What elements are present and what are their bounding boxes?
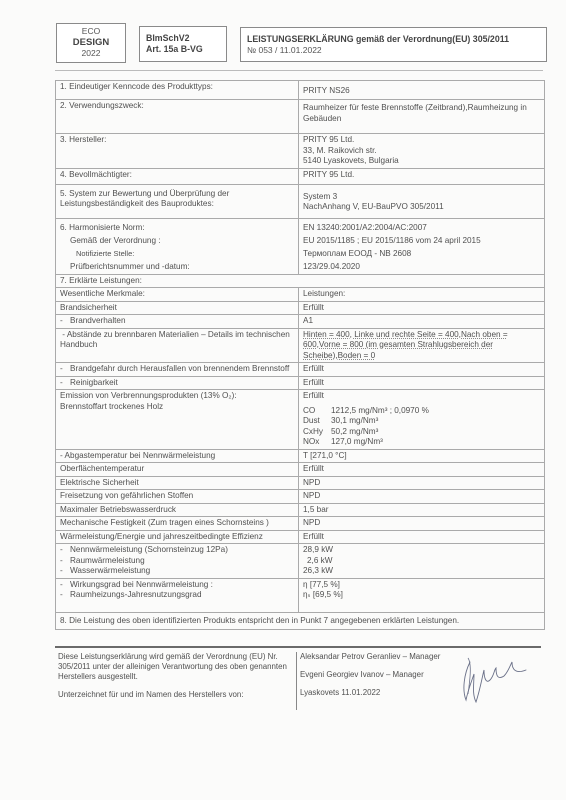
room-output-value: 2,6 kW bbox=[303, 556, 539, 567]
column-header: Leistungen: bbox=[299, 288, 545, 302]
emission-value: 1212,5 mg/Nm³ ; 0,0970 % bbox=[331, 406, 539, 417]
item-label: Brandgefahr durch Herausfallen von brenn… bbox=[70, 364, 289, 375]
water-output-label: Wasserwärmeleistung bbox=[70, 566, 150, 575]
label-cell: 2. Verwendungszweck: bbox=[56, 100, 299, 134]
label-cell: Oberflächentemperatur bbox=[56, 463, 299, 477]
signer-2: Evgeni Georgiev Ivanov – Manager bbox=[300, 670, 450, 688]
declaration-table: 1. Eindeutiger Kenncode des Produkttyps:… bbox=[55, 80, 545, 630]
blm-line1: BImSchV2 bbox=[146, 33, 226, 44]
signature-icon bbox=[450, 650, 540, 720]
efficiency-value: η [77,5 %] bbox=[303, 580, 539, 591]
table-row: 6. Harmonisierte Norm: Gemäß der Verordn… bbox=[56, 218, 545, 274]
test-report-value: 123/29.04.2020 bbox=[303, 260, 539, 273]
table-row: Oberflächentemperatur Erfüllt bbox=[56, 463, 545, 477]
eco-year: 2022 bbox=[82, 48, 101, 58]
table-row: 2. Verwendungszweck: Raumheizer für fest… bbox=[56, 100, 545, 134]
value-cell: PRITY 95 Ltd. bbox=[299, 168, 545, 184]
table-row: Brandsicherheit Erfüllt bbox=[56, 301, 545, 315]
label-cell: Emission von Verbrennungsprodukten (13% … bbox=[56, 390, 299, 450]
label-cell: -Brandgefahr durch Herausfallen von bren… bbox=[56, 363, 299, 377]
emission-name: CO bbox=[303, 406, 327, 417]
eco-design-badge: ECO DESIGN 2022 bbox=[56, 23, 126, 63]
label-cell: -Reinigbarkeit bbox=[56, 376, 299, 390]
label-cell: 5. System zur Bewertung und Überprüfung … bbox=[56, 184, 299, 218]
value-cell: PRITY 95 Ltd. 33, M. Raikovich str. 5140… bbox=[299, 134, 545, 169]
nominal-output-value: 28,9 kW bbox=[303, 545, 539, 556]
value-cell: System 3 NachAnhang V, EU-BauPVO 305/201… bbox=[299, 184, 545, 218]
label-cell: Brandsicherheit bbox=[56, 301, 299, 315]
table-row: - Abstände zu brennbaren Materialien – D… bbox=[56, 328, 545, 363]
manufacturer-city: 5140 Lyaskovets, Bulgaria bbox=[303, 156, 539, 167]
seasonal-efficiency-label: Raumheizungs-Jahresnutzungsgrad bbox=[70, 590, 202, 599]
signer-1: Aleksandar Petrov Geranliev – Manager bbox=[300, 652, 450, 670]
emission-name: Dust bbox=[303, 416, 327, 427]
table-row: -Reinigbarkeit Erfüllt bbox=[56, 376, 545, 390]
system-annex: NachAnhang V, EU-BauPVO 305/2011 bbox=[303, 202, 539, 213]
column-header: Wesentliche Merkmale: bbox=[56, 288, 299, 302]
emission-label: Emission von Verbrennungsprodukten (13% … bbox=[60, 391, 293, 402]
table-row: 5. System zur Bewertung und Überprüfung … bbox=[56, 184, 545, 218]
value-cell: Erfüllt bbox=[299, 363, 545, 377]
document-number: № 053 / 11.01.2022 bbox=[247, 45, 546, 56]
footer-column-divider bbox=[296, 652, 297, 710]
label-cell: Maximaler Betriebswasserdruck bbox=[56, 503, 299, 517]
room-output-label: Raumwärmeleistung bbox=[70, 556, 145, 565]
water-output-value: 26,3 kW bbox=[303, 566, 539, 577]
emission-values: CO1212,5 mg/Nm³ ; 0,0970 % Dust30,1 mg/N… bbox=[303, 406, 539, 448]
value-cell: Erfüllt CO1212,5 mg/Nm³ ; 0,0970 % Dust3… bbox=[299, 390, 545, 450]
table-row: -Brandverhalten A1 bbox=[56, 315, 545, 329]
label-cell: Elektrische Sicherheit bbox=[56, 476, 299, 490]
eco-label: ECO bbox=[82, 26, 100, 36]
table-row: Elektrische Sicherheit NPD bbox=[56, 476, 545, 490]
table-row: 8. Die Leistung des oben identifizierten… bbox=[56, 612, 545, 629]
signed-on-behalf: Unterzeichnet für und im Namen des Herst… bbox=[58, 690, 294, 700]
manufacturer-street: 33, M. Raikovich str. bbox=[303, 146, 539, 157]
table-row: Wesentliche Merkmale: Leistungen: bbox=[56, 288, 545, 302]
table-row: Emission von Verbrennungsprodukten (13% … bbox=[56, 390, 545, 450]
value-cell: NPD bbox=[299, 476, 545, 490]
document-title-box: LEISTUNGSERKLÄRUNG gemäß der Verordnung(… bbox=[240, 27, 547, 62]
label-cell: Freisetzung von gefährlichen Stoffen bbox=[56, 490, 299, 504]
label-cell: 4. Bevollmächtigter: bbox=[56, 168, 299, 184]
table-row: -Nennwärmeleistung (Schornsteinzug 12Pa)… bbox=[56, 544, 545, 579]
conformity-statement: 8. Die Leistung des oben identifizierten… bbox=[56, 612, 545, 629]
label-cell: -Nennwärmeleistung (Schornsteinzug 12Pa)… bbox=[56, 544, 299, 579]
emission-name: CxHy bbox=[303, 427, 327, 438]
emission-status: Erfüllt bbox=[303, 391, 539, 402]
emission-name: NOx bbox=[303, 437, 327, 448]
manufacturer-name: PRITY 95 Ltd. bbox=[303, 135, 539, 146]
notified-body-value: Термоплам ЕООД - NB 2608 bbox=[303, 247, 539, 260]
nominal-output-label: Nennwärmeleistung (Schornsteinzug 12Pa) bbox=[70, 545, 228, 554]
label-cell: 1. Eindeutiger Kenncode des Produkttyps: bbox=[56, 81, 299, 100]
label-cell: 6. Harmonisierte Norm: Gemäß der Verordn… bbox=[56, 218, 299, 274]
table-row: Maximaler Betriebswasserdruck 1,5 bar bbox=[56, 503, 545, 517]
design-label: DESIGN bbox=[57, 37, 125, 48]
label-cell: Wärmeleistung/Energie und jahreszeitbedi… bbox=[56, 530, 299, 544]
table-row: Wärmeleistung/Energie und jahreszeitbedi… bbox=[56, 530, 545, 544]
label-cell: 3. Hersteller: bbox=[56, 134, 299, 169]
place-date: Lyaskovets 11.01.2022 bbox=[300, 688, 450, 706]
table-row: -Wirkungsgrad bei Nennwärmeleistung : -R… bbox=[56, 578, 545, 612]
regulation-label: Gemäß der Verordnung : bbox=[60, 234, 293, 247]
table-row: Freisetzung von gefährlichen Stoffen NPD bbox=[56, 490, 545, 504]
notified-body-label: Notifizierte Stelle: bbox=[60, 247, 293, 260]
table-row: 3. Hersteller: PRITY 95 Ltd. 33, M. Raik… bbox=[56, 134, 545, 169]
value-cell: Raumheizer für feste Brennstoffe (Zeitbr… bbox=[299, 100, 545, 134]
value-cell: 1,5 bar bbox=[299, 503, 545, 517]
value-cell: T [271,0 °C] bbox=[299, 449, 545, 463]
footer-statement: Diese Leistungserklärung wird gemäß der … bbox=[58, 652, 294, 700]
table-row: 1. Eindeutiger Kenncode des Produkttyps:… bbox=[56, 81, 545, 100]
signatories: Aleksandar Petrov Geranliev – Manager Ev… bbox=[300, 652, 450, 706]
value-cell: η [77,5 %] ηₛ [69,5 %] bbox=[299, 578, 545, 612]
norm-label: 6. Harmonisierte Norm: bbox=[60, 221, 293, 234]
system-value: System 3 bbox=[303, 192, 539, 203]
value-cell: NPD bbox=[299, 517, 545, 531]
emission-value: 30,1 mg/Nm³ bbox=[331, 416, 539, 427]
item-label: Abstände zu brennbaren Materialien – Det… bbox=[60, 330, 290, 350]
value-cell: EN 13240:2001/A2:2004/AC:2007 EU 2015/11… bbox=[299, 218, 545, 274]
item-label: Brandverhalten bbox=[70, 316, 126, 325]
value-cell: A1 bbox=[299, 315, 545, 329]
test-report-label: Prüfberichtsnummer und -datum: bbox=[60, 260, 293, 273]
value-cell: Hinten = 400, Linke und rechte Seite = 4… bbox=[299, 328, 545, 363]
document-title: LEISTUNGSERKLÄRUNG gemäß der Verordnung(… bbox=[247, 34, 546, 45]
label-cell: -Brandverhalten bbox=[56, 315, 299, 329]
value-cell: 28,9 kW 2,6 kW 26,3 kW bbox=[299, 544, 545, 579]
footer-divider bbox=[55, 646, 541, 648]
table-row: - Abgastemperatur bei Nennwärmeleistung … bbox=[56, 449, 545, 463]
value-cell: Erfüllt bbox=[299, 301, 545, 315]
section-title: 7. Erklärte Leistungen: bbox=[56, 274, 545, 288]
label-cell: - Abgastemperatur bei Nennwärmeleistung bbox=[56, 449, 299, 463]
blmschv-badge: BImSchV2 Art. 15a B-VG bbox=[139, 26, 227, 62]
regulation-value: EU 2015/1185 ; EU 2015/1186 vom 24 april… bbox=[303, 234, 539, 247]
label-cell: Mechanische Festigkeit (Zum tragen eines… bbox=[56, 517, 299, 531]
table-row: 4. Bevollmächtigter: PRITY 95 Ltd. bbox=[56, 168, 545, 184]
value-cell: NPD bbox=[299, 490, 545, 504]
item-label: Reinigbarkeit bbox=[70, 378, 118, 387]
table-row: 7. Erklärte Leistungen: bbox=[56, 274, 545, 288]
norm-value: EN 13240:2001/A2:2004/AC:2007 bbox=[303, 221, 539, 234]
value-cell: Erfüllt bbox=[299, 463, 545, 477]
emission-value: 127,0 mg/Nm³ bbox=[331, 437, 539, 448]
value-cell: Erfüllt bbox=[299, 376, 545, 390]
blm-line2: Art. 15a B-VG bbox=[146, 44, 226, 55]
seasonal-efficiency-value: ηₛ [69,5 %] bbox=[303, 590, 539, 601]
value-cell: PRITY NS26 bbox=[299, 81, 545, 100]
fuel-type-label: Brennstoffart trockenes Holz bbox=[60, 402, 293, 413]
emission-value: 50,2 mg/Nm³ bbox=[331, 427, 539, 438]
label-cell: - Abstände zu brennbaren Materialien – D… bbox=[56, 328, 299, 363]
table-row: Mechanische Festigkeit (Zum tragen eines… bbox=[56, 517, 545, 531]
table-row: -Brandgefahr durch Herausfallen von bren… bbox=[56, 363, 545, 377]
responsibility-statement: Diese Leistungserklärung wird gemäß der … bbox=[58, 652, 294, 682]
value-cell: Erfüllt bbox=[299, 530, 545, 544]
efficiency-label: Wirkungsgrad bei Nennwärmeleistung : bbox=[70, 580, 213, 589]
header-divider bbox=[55, 70, 543, 71]
label-cell: -Wirkungsgrad bei Nennwärmeleistung : -R… bbox=[56, 578, 299, 612]
